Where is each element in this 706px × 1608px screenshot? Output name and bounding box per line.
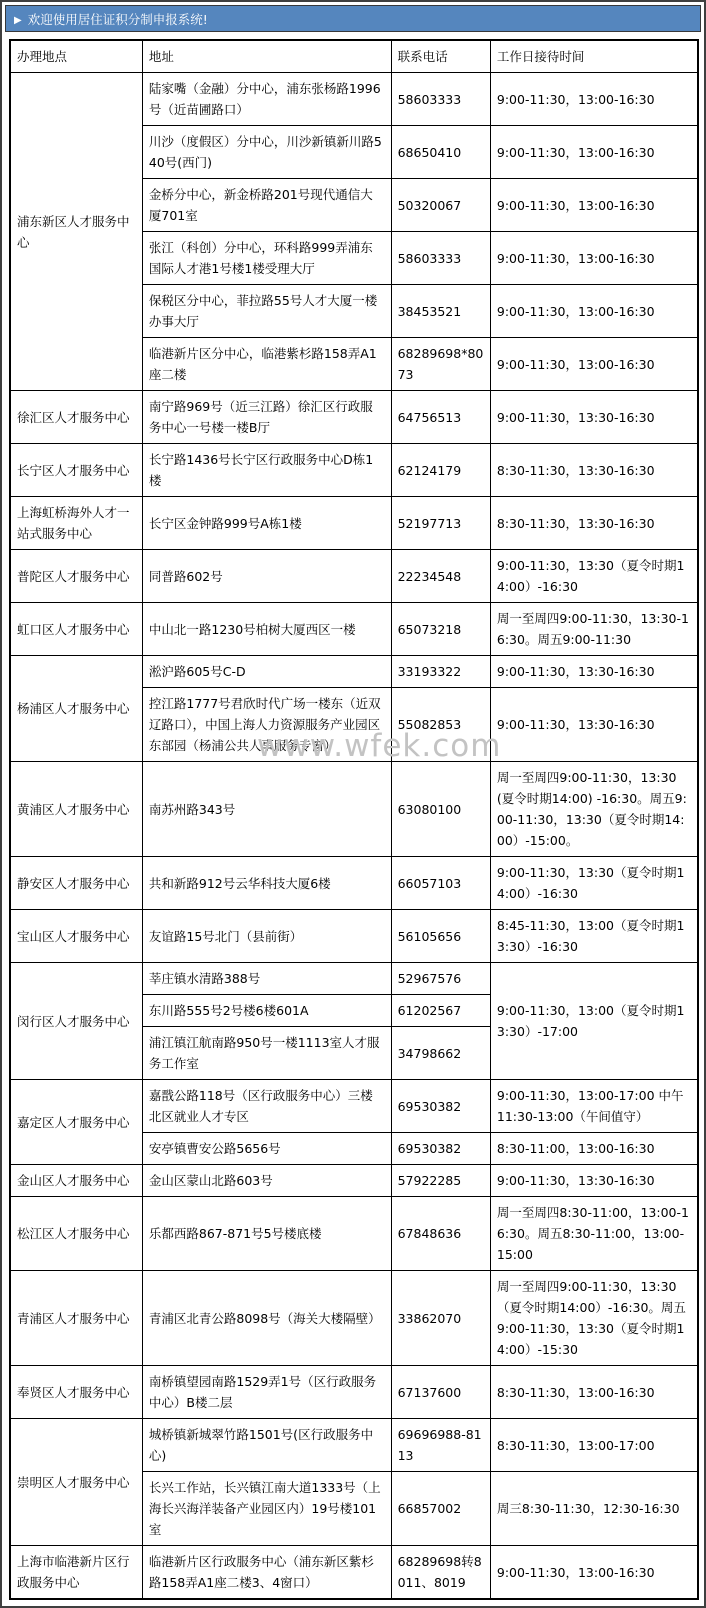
time-cell: 周一至周四9:00-11:30，13:30(夏令时期14:00) -16:30。…: [490, 762, 698, 857]
service-centers-table: 办理地点 地址 联系电话 工作日接待时间 浦东新区人才服务中心陆家嘴（金融）分中…: [9, 39, 699, 1600]
table-row: 嘉定区人才服务中心嘉戬公路118号（区行政服务中心）三楼北区就业人才专区6953…: [10, 1080, 698, 1133]
location-cell: 闵行区人才服务中心: [10, 963, 142, 1080]
address-cell: 共和新路912号云华科技大厦6楼: [142, 857, 391, 910]
phone-cell: 61202567: [391, 995, 490, 1027]
address-cell: 中山北一路1230号柏树大厦西区一楼: [142, 603, 391, 656]
table-row: 黄浦区人才服务中心南苏州路343号63080100周一至周四9:00-11:30…: [10, 762, 698, 857]
address-cell: 青浦区北青公路8098号（海关大楼隔壁）: [142, 1271, 391, 1366]
address-cell: 东川路555号2号楼6楼601A: [142, 995, 391, 1027]
table-row: 上海市临港新片区行政服务中心临港新片区行政服务中心（浦东新区紫杉路158弄A1座…: [10, 1546, 698, 1600]
col-header-location: 办理地点: [10, 40, 142, 73]
time-cell: 9:00-11:30，13:00-16:30: [490, 73, 698, 126]
address-cell: 友谊路15号北门（县前街）: [142, 910, 391, 963]
location-cell: 虹口区人才服务中心: [10, 603, 142, 656]
address-cell: 莘庄镇水清路388号: [142, 963, 391, 995]
time-cell: 9:00-11:30，13:30（夏令时期14:00）-16:30: [490, 550, 698, 603]
time-cell: 8:30-11:30，13:30-16:30: [490, 497, 698, 550]
phone-cell: 57922285: [391, 1165, 490, 1197]
address-cell: 长宁路1436号长宁区行政服务中心D栋1楼: [142, 444, 391, 497]
location-cell: 奉贤区人才服务中心: [10, 1366, 142, 1419]
phone-cell: 38453521: [391, 285, 490, 338]
location-cell: 长宁区人才服务中心: [10, 444, 142, 497]
phone-cell: 67137600: [391, 1366, 490, 1419]
time-cell: 8:30-11:30，13:00-17:00: [490, 1419, 698, 1472]
location-cell: 浦东新区人才服务中心: [10, 73, 142, 391]
time-cell: 9:00-11:30，13:00-16:30: [490, 179, 698, 232]
table-row: 上海虹桥海外人才一站式服务中心长宁区金钟路999号A栋1楼521977138:3…: [10, 497, 698, 550]
address-cell: 南桥镇望园南路1529弄1号（区行政服务中心）B楼二层: [142, 1366, 391, 1419]
address-cell: 安亭镇曹安公路5656号: [142, 1133, 391, 1165]
time-cell: 周三8:30-11:30，12:30-16:30: [490, 1472, 698, 1546]
address-cell: 长兴工作站，长兴镇江南大道1333号（上海长兴海洋装备产业园区内）19号楼101…: [142, 1472, 391, 1546]
table-row: 普陀区人才服务中心同普路602号222345489:00-11:30，13:30…: [10, 550, 698, 603]
time-cell: 9:00-11:30，13:30-16:30: [490, 1165, 698, 1197]
time-cell: 8:30-11:30，13:00-16:30: [490, 1366, 698, 1419]
time-cell: 周一至周四9:00-11:30，13:30（夏令时期14:00）-16:30。周…: [490, 1271, 698, 1366]
address-cell: 长宁区金钟路999号A栋1楼: [142, 497, 391, 550]
phone-cell: 67848636: [391, 1197, 490, 1271]
time-cell: 9:00-11:30，13:00-16:30: [490, 338, 698, 391]
location-cell: 徐汇区人才服务中心: [10, 391, 142, 444]
table-row: 闵行区人才服务中心莘庄镇水清路388号529675769:00-11:30，13…: [10, 963, 698, 995]
table-row: 长宁区人才服务中心长宁路1436号长宁区行政服务中心D栋1楼621241798:…: [10, 444, 698, 497]
address-cell: 张江（科创）分中心，环科路999弄浦东国际人才港1号楼1楼受理大厅: [142, 232, 391, 285]
address-cell: 保税区分中心，菲拉路55号人才大厦一楼办事大厅: [142, 285, 391, 338]
address-cell: 控江路1777号君欣时代广场一楼东（近双辽路口），中国上海人力资源服务产业园区东…: [142, 688, 391, 762]
location-cell: 杨浦区人才服务中心: [10, 656, 142, 762]
phone-cell: 62124179: [391, 444, 490, 497]
time-cell: 9:00-11:30，13:00-16:30: [490, 232, 698, 285]
location-cell: 静安区人才服务中心: [10, 857, 142, 910]
address-cell: 金山区蒙山北路603号: [142, 1165, 391, 1197]
table-row: 奉贤区人才服务中心南桥镇望园南路1529弄1号（区行政服务中心）B楼二层6713…: [10, 1366, 698, 1419]
location-cell: 宝山区人才服务中心: [10, 910, 142, 963]
time-cell: 9:00-11:30，13:30-16:30: [490, 391, 698, 444]
time-cell: 周一至周四8:30-11:00，13:00-16:30。周五8:30-11:00…: [490, 1197, 698, 1271]
address-cell: 南苏州路343号: [142, 762, 391, 857]
location-cell: 嘉定区人才服务中心: [10, 1080, 142, 1165]
table-row: 松江区人才服务中心乐都西路867-871号5号楼底楼67848636周一至周四8…: [10, 1197, 698, 1271]
phone-cell: 68650410: [391, 126, 490, 179]
page-frame: ▶欢迎使用居住证积分制申报系统! 办理地点 地址 联系电话 工作日接待时间 浦东…: [0, 0, 706, 1608]
phone-cell: 66057103: [391, 857, 490, 910]
address-cell: 淞沪路605号C-D: [142, 656, 391, 688]
phone-cell: 68289698*8073: [391, 338, 490, 391]
time-cell: 8:45-11:30，13:00（夏令时期13:30）-16:30: [490, 910, 698, 963]
time-cell: 9:00-11:30，13:30-16:30: [490, 688, 698, 762]
phone-cell: 69696988-8113: [391, 1419, 490, 1472]
phone-cell: 55082853: [391, 688, 490, 762]
phone-cell: 34798662: [391, 1027, 490, 1080]
play-arrow-icon: ▶: [14, 15, 22, 26]
location-cell: 黄浦区人才服务中心: [10, 762, 142, 857]
time-cell: 9:00-11:30，13:00-17:00 中午11:30-13:00（午间值…: [490, 1080, 698, 1133]
phone-cell: 22234548: [391, 550, 490, 603]
phone-cell: 50320067: [391, 179, 490, 232]
address-cell: 川沙（度假区）分中心，川沙新镇新川路540号(西门): [142, 126, 391, 179]
time-cell: 9:00-11:30，13:00-16:30: [490, 285, 698, 338]
phone-cell: 52967576: [391, 963, 490, 995]
col-header-hours: 工作日接待时间: [490, 40, 698, 73]
address-cell: 浦江镇江航南路950号一楼1113室人才服务工作室: [142, 1027, 391, 1080]
col-header-address: 地址: [142, 40, 391, 73]
location-cell: 崇明区人才服务中心: [10, 1419, 142, 1546]
phone-cell: 64756513: [391, 391, 490, 444]
phone-cell: 68289698转8011、8019: [391, 1546, 490, 1600]
phone-cell: 66857002: [391, 1472, 490, 1546]
table-row: 金山区人才服务中心金山区蒙山北路603号579222859:00-11:30，1…: [10, 1165, 698, 1197]
phone-cell: 58603333: [391, 73, 490, 126]
col-header-phone: 联系电话: [391, 40, 490, 73]
banner-text: 欢迎使用居住证积分制申报系统!: [28, 12, 208, 27]
location-cell: 上海虹桥海外人才一站式服务中心: [10, 497, 142, 550]
time-cell: 8:30-11:00，13:00-16:30: [490, 1133, 698, 1165]
phone-cell: 33862070: [391, 1271, 490, 1366]
phone-cell: 69530382: [391, 1133, 490, 1165]
time-cell: 9:00-11:30，13:00-16:30: [490, 126, 698, 179]
location-cell: 金山区人才服务中心: [10, 1165, 142, 1197]
address-cell: 临港新片区分中心，临港紫杉路158弄A1座二楼: [142, 338, 391, 391]
table-row: 徐汇区人才服务中心南宁路969号（近三江路）徐汇区行政服务中心一号楼一楼B厅64…: [10, 391, 698, 444]
table-body: 浦东新区人才服务中心陆家嘴（金融）分中心，浦东张杨路1996号（近苗圃路口）58…: [10, 73, 698, 1600]
time-cell: 9:00-11:30，13:00-16:30: [490, 1546, 698, 1600]
time-cell: 9:00-11:30，13:30（夏令时期14:00）-16:30: [490, 857, 698, 910]
table-row: 崇明区人才服务中心城桥镇新城翠竹路1501号(区行政服务中心)69696988-…: [10, 1419, 698, 1472]
time-cell: 8:30-11:30，13:30-16:30: [490, 444, 698, 497]
table-row: 杨浦区人才服务中心淞沪路605号C-D331933229:00-11:30，13…: [10, 656, 698, 688]
address-cell: 陆家嘴（金融）分中心，浦东张杨路1996号（近苗圃路口）: [142, 73, 391, 126]
phone-cell: 63080100: [391, 762, 490, 857]
table-row: 虹口区人才服务中心中山北一路1230号柏树大厦西区一楼65073218周一至周四…: [10, 603, 698, 656]
address-cell: 临港新片区行政服务中心（浦东新区紫杉路158弄A1座二楼3、4窗口）: [142, 1546, 391, 1600]
time-cell: 周一至周四9:00-11:30，13:30-16:30。周五9:00-11:30: [490, 603, 698, 656]
table-row: 浦东新区人才服务中心陆家嘴（金融）分中心，浦东张杨路1996号（近苗圃路口）58…: [10, 73, 698, 126]
phone-cell: 65073218: [391, 603, 490, 656]
table-header-row: 办理地点 地址 联系电话 工作日接待时间: [10, 40, 698, 73]
time-cell: 9:00-11:30，13:30-16:30: [490, 656, 698, 688]
address-cell: 金桥分中心，新金桥路201号现代通信大厦701室: [142, 179, 391, 232]
phone-cell: 69530382: [391, 1080, 490, 1133]
address-cell: 嘉戬公路118号（区行政服务中心）三楼北区就业人才专区: [142, 1080, 391, 1133]
location-cell: 松江区人才服务中心: [10, 1197, 142, 1271]
address-cell: 城桥镇新城翠竹路1501号(区行政服务中心): [142, 1419, 391, 1472]
location-cell: 青浦区人才服务中心: [10, 1271, 142, 1366]
address-cell: 同普路602号: [142, 550, 391, 603]
phone-cell: 33193322: [391, 656, 490, 688]
time-cell: 9:00-11:30，13:00（夏令时期13:30）-17:00: [490, 963, 698, 1080]
welcome-banner: ▶欢迎使用居住证积分制申报系统!: [5, 5, 701, 32]
phone-cell: 56105656: [391, 910, 490, 963]
table-row: 静安区人才服务中心共和新路912号云华科技大厦6楼660571039:00-11…: [10, 857, 698, 910]
address-cell: 南宁路969号（近三江路）徐汇区行政服务中心一号楼一楼B厅: [142, 391, 391, 444]
location-cell: 普陀区人才服务中心: [10, 550, 142, 603]
table-row: 青浦区人才服务中心青浦区北青公路8098号（海关大楼隔壁）33862070周一至…: [10, 1271, 698, 1366]
phone-cell: 58603333: [391, 232, 490, 285]
address-cell: 乐都西路867-871号5号楼底楼: [142, 1197, 391, 1271]
phone-cell: 52197713: [391, 497, 490, 550]
location-cell: 上海市临港新片区行政服务中心: [10, 1546, 142, 1600]
table-row: 宝山区人才服务中心友谊路15号北门（县前街）561056568:45-11:30…: [10, 910, 698, 963]
